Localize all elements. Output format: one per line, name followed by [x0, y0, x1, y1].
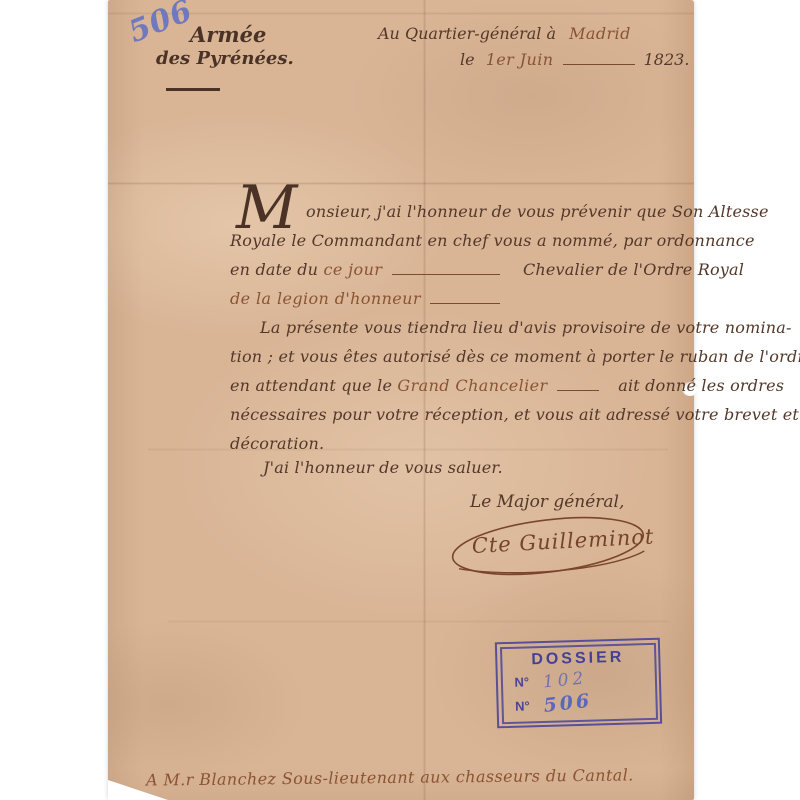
corps-name-line1: Armée: [190, 22, 266, 47]
drop-cap-initial: M: [236, 188, 297, 228]
closing-salutation: J'ai l'honneur de vous saluer.: [263, 458, 503, 477]
body-p2-line1: La présente vous tiendra lieu d'avis pro…: [260, 318, 792, 337]
dossier-number-1: 102: [542, 668, 588, 692]
dateline-blank-rule: [563, 51, 635, 65]
body-p1-line4-hand: de la legion d'honneur: [230, 289, 421, 308]
dateline-date: le 1er Juin 1823.: [460, 50, 689, 69]
pencil-number: 506: [124, 0, 198, 50]
body-p1-line3-printed-b: Chevalier de l'Ordre Royal: [523, 260, 744, 279]
body-p2-line3-hand: Grand Chancelier: [397, 376, 547, 395]
horizontal-fold-crease-top: [108, 182, 694, 185]
body-p1-line3-printed-a: en date du: [230, 260, 318, 279]
body-p1-line1: onsieur, j'ai l'honneur de vous prévenir…: [306, 202, 769, 221]
dateline-place-hand: Madrid: [569, 24, 631, 43]
horizontal-crease-edge: [108, 12, 694, 15]
dossier-stamp-inner-frame: DOSSIER N° 102 N° 506: [499, 642, 657, 723]
body-p1-line3-hand: ce jour: [323, 260, 382, 279]
body-p2-line5: décoration.: [230, 434, 324, 453]
body-p1-line3-blank-rule: [392, 261, 500, 275]
scanned-letter: 506 Armée des Pyrénées. Au Quartier-géné…: [0, 0, 800, 800]
body-p1-line4-blank-rule: [430, 290, 500, 304]
dateline-place: Au Quartier-général à Madrid: [378, 24, 631, 43]
body-p2-line3-printed-b: ait donné les ordres: [618, 376, 784, 395]
dateline-place-printed: Au Quartier-général à: [378, 24, 556, 43]
dossier-no-label-1: N°: [514, 674, 529, 689]
corps-underline-rule: [166, 88, 220, 91]
body-p2-line2: tion ; et vous êtes autorisé dès ce mome…: [230, 347, 800, 366]
dossier-stamp: DOSSIER N° 102 N° 506: [495, 638, 662, 729]
body-p1-line4: de la legion d'honneur: [230, 289, 504, 308]
dateline-year: 1823.: [644, 50, 690, 69]
body-p1-line2: Royale le Commandant en chef vous a nomm…: [230, 231, 755, 250]
dossier-number-2: 506: [543, 689, 594, 716]
body-p1-line3: en date du ce jour Chevalier de l'Ordre …: [230, 260, 744, 279]
dossier-no-label-2: N°: [515, 698, 530, 713]
dossier-stamp-title: DOSSIER: [514, 648, 642, 670]
body-p2-line3-printed-a: en attendant que le: [230, 376, 392, 395]
dossier-number-row-1: N° 102: [514, 668, 643, 692]
horizontal-fold-crease-mid: [148, 448, 668, 451]
dateline-date-hand: 1er Juin: [486, 50, 554, 69]
body-p2-line3: en attendant que le Grand Chancelier ait…: [230, 376, 784, 395]
dateline-le: le: [460, 50, 475, 69]
body-p2-line3-blank-rule: [557, 377, 599, 391]
vertical-fold-crease: [423, 0, 426, 800]
dossier-number-row-2: N° 506: [515, 690, 644, 716]
corps-name-line2: des Pyrénées.: [156, 48, 294, 69]
horizontal-fold-crease-low: [168, 620, 668, 623]
recipient-line: A M.r Blanchez Sous-lieutenant aux chass…: [146, 765, 634, 789]
letter-paper-sheet: 506 Armée des Pyrénées. Au Quartier-géné…: [108, 0, 694, 800]
body-p2-line4: nécessaires pour votre réception, et vou…: [230, 405, 800, 424]
signature-block: Cte Guilleminot: [436, 506, 659, 587]
